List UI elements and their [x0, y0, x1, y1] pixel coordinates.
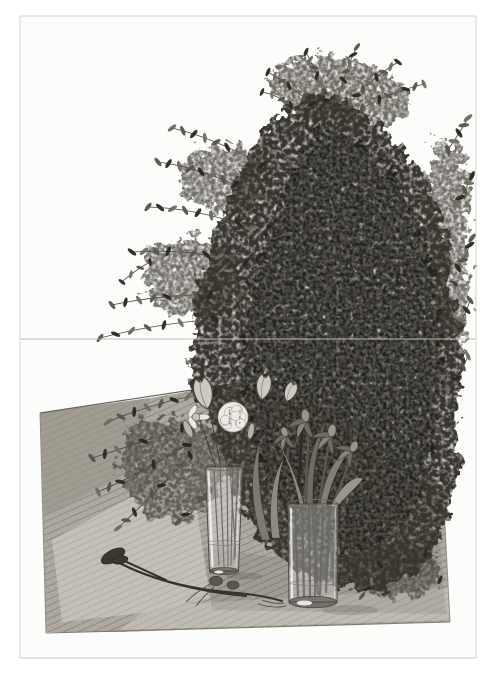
vase-base [210, 568, 239, 575]
bulb [210, 576, 223, 586]
base-glint [297, 601, 312, 606]
carnation-speckle [239, 416, 241, 418]
daffodil-trumpet [192, 413, 200, 421]
carnation-speckle [229, 423, 231, 425]
carnation-ruffle [231, 411, 241, 421]
bulb [227, 581, 239, 589]
carnation-speckle [229, 412, 231, 414]
carnation-speckle [229, 409, 231, 411]
carnation-speckle [228, 421, 230, 423]
vase-base [289, 596, 337, 608]
vase-glass [288, 504, 338, 602]
carnation-speckle [229, 418, 231, 420]
still-life-artwork: Monochrome pen-and-ink still life: a tow… [0, 0, 500, 682]
glass-highlight [291, 508, 292, 598]
carnation-speckle [239, 410, 241, 412]
right-vase-shadow [322, 605, 378, 615]
carnation-speckle [239, 422, 241, 424]
base-glint [214, 571, 223, 574]
artwork-canvas [0, 0, 500, 682]
carnation-speckle [229, 413, 231, 415]
carnation-ruffle [221, 415, 231, 425]
carnation-flower [218, 402, 248, 432]
